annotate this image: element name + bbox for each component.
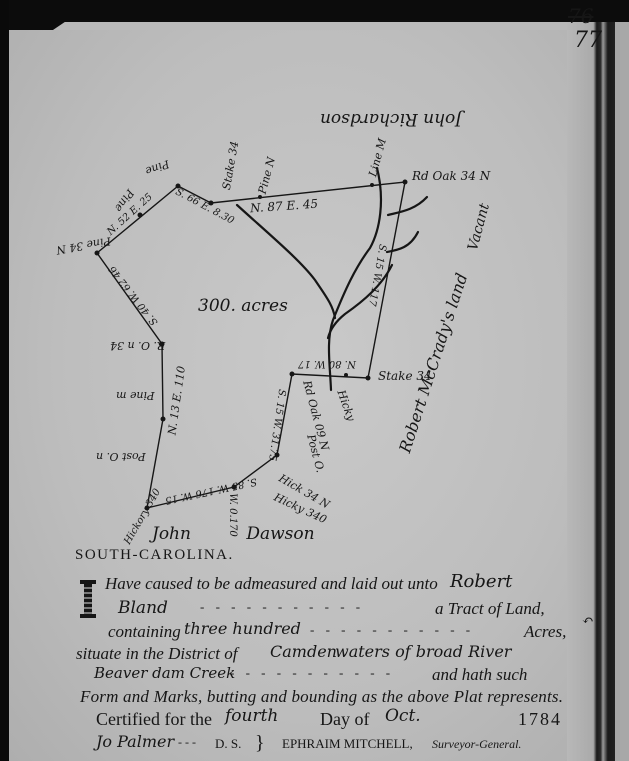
cert-line1: Have caused to be admeasured and laid ou… xyxy=(105,575,438,592)
deputy-dashes: - - - xyxy=(178,736,196,748)
corner-mark-ro-west: R. O. n 34 xyxy=(110,340,165,351)
cert-line7-b: Day of xyxy=(320,710,369,728)
acreage-words: three hundred xyxy=(184,621,301,637)
acreage-label: 300. acres xyxy=(198,298,288,315)
cert-line3-a: containing xyxy=(108,623,181,640)
dropcap-letter xyxy=(80,580,96,618)
creek-name: Beaver dam Creek xyxy=(94,666,235,681)
surveyor-general-title: Surveyor-General. xyxy=(432,738,521,750)
blank-dashes-1: - - - - - - - - - - - xyxy=(200,600,364,613)
blank-dashes-2: - - - - - - - - - - - xyxy=(310,623,474,636)
adjoiner-south: John Dawson xyxy=(152,526,315,543)
certified-year: 1784 xyxy=(518,710,562,728)
cert-line6: Form and Marks, butting and bounding as … xyxy=(80,688,563,705)
corner-mark-ne: Rd Oak 34 N xyxy=(412,170,490,182)
adjoiner-north: John Richardson xyxy=(320,110,462,127)
corner-mark-post-west: Post O. n xyxy=(96,451,146,462)
cert-line2: a Tract of Land, xyxy=(435,600,545,617)
district-name: Camden xyxy=(270,644,337,660)
grantee-last-name: Bland xyxy=(118,600,168,617)
brace: } xyxy=(255,733,265,753)
course-n80w17: N. 80 W. 17 xyxy=(298,358,356,368)
creek-branch-2 xyxy=(388,197,427,215)
certified-day: fourth xyxy=(225,708,278,725)
waters-name: waters of broad River xyxy=(335,644,511,660)
blank-dashes-3: - - - - - - - - - - - xyxy=(230,666,394,679)
deputy-title: D. S. xyxy=(215,737,241,750)
cert-line4-a: situate in the District of xyxy=(76,645,238,662)
margin-mark: ↶ xyxy=(582,614,594,628)
grantee-first-name: Robert xyxy=(450,573,512,591)
surveyor-general-name: EPHRAIM MITCHELL, xyxy=(282,737,413,750)
cert-line3-b: Acres, xyxy=(524,623,566,640)
corner-mark-pine-m: Pine m xyxy=(116,390,154,401)
deputy-surveyor-signature: Jo Palmer xyxy=(96,734,174,750)
state-heading: SOUTH-CAROLINA. xyxy=(75,548,234,563)
cert-line7-a: Certified for the xyxy=(96,710,212,728)
cert-line5: and hath such xyxy=(432,666,527,683)
certified-month: Oct. xyxy=(385,708,421,725)
